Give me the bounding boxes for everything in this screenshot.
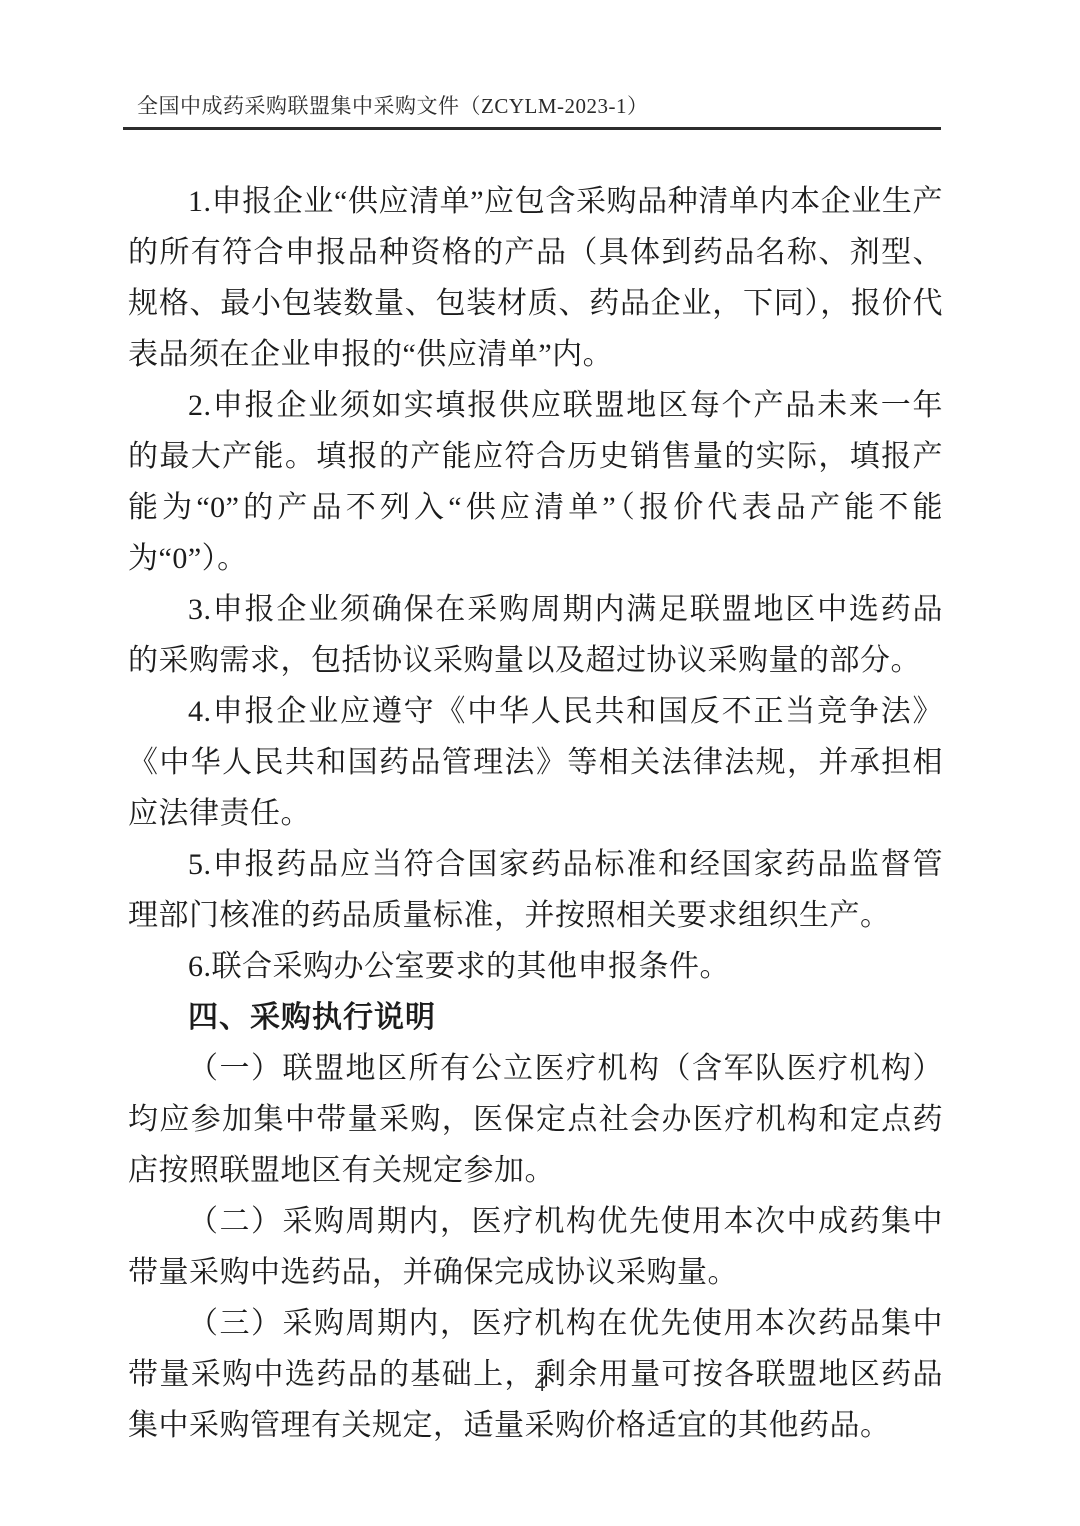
- page-header-title: 全国中成药采购联盟集中采购文件（ZCYLM-2023-1）: [137, 90, 649, 120]
- page-number: 4: [0, 1372, 1080, 1397]
- paragraph-item-one: （一）联盟地区所有公立医疗机构（含军队医疗机构）均应参加集中带量采购，医保定点社…: [128, 1043, 943, 1196]
- document-body: 1.申报企业“供应清单”应包含采购品种清单内本企业生产的所有符合申报品种资格的产…: [128, 176, 943, 1451]
- paragraph-procurement-demand: 3.申报企业须确保在采购周期内满足联盟地区中选药品的采购需求，包括协议采购量以及…: [128, 584, 943, 686]
- paragraph-other-conditions: 6.联合采购办公室要求的其他申报条件。: [128, 941, 943, 992]
- paragraph-capacity-reporting: 2.申报企业须如实填报供应联盟地区每个产品未来一年的最大产能。填报的产能应符合历…: [128, 380, 943, 584]
- paragraph-item-two: （二）采购周期内，医疗机构优先使用本次中成药集中带量采购中选药品，并确保完成协议…: [128, 1196, 943, 1298]
- paragraph-drug-quality-standard: 5.申报药品应当符合国家药品标准和经国家药品监督管理部门核准的药品质量标准，并按…: [128, 839, 943, 941]
- header-divider-rule: [123, 127, 941, 130]
- paragraph-supply-list-requirement: 1.申报企业“供应清单”应包含采购品种清单内本企业生产的所有符合申报品种资格的产…: [128, 176, 943, 380]
- document-page: 全国中成药采购联盟集中采购文件（ZCYLM-2023-1） 1.申报企业“供应清…: [0, 0, 1080, 1526]
- section-heading-procurement-execution: 四、采购执行说明: [128, 992, 943, 1043]
- paragraph-legal-compliance: 4.申报企业应遵守《中华人民共和国反不正当竞争法》《中华人民共和国药品管理法》等…: [128, 686, 943, 839]
